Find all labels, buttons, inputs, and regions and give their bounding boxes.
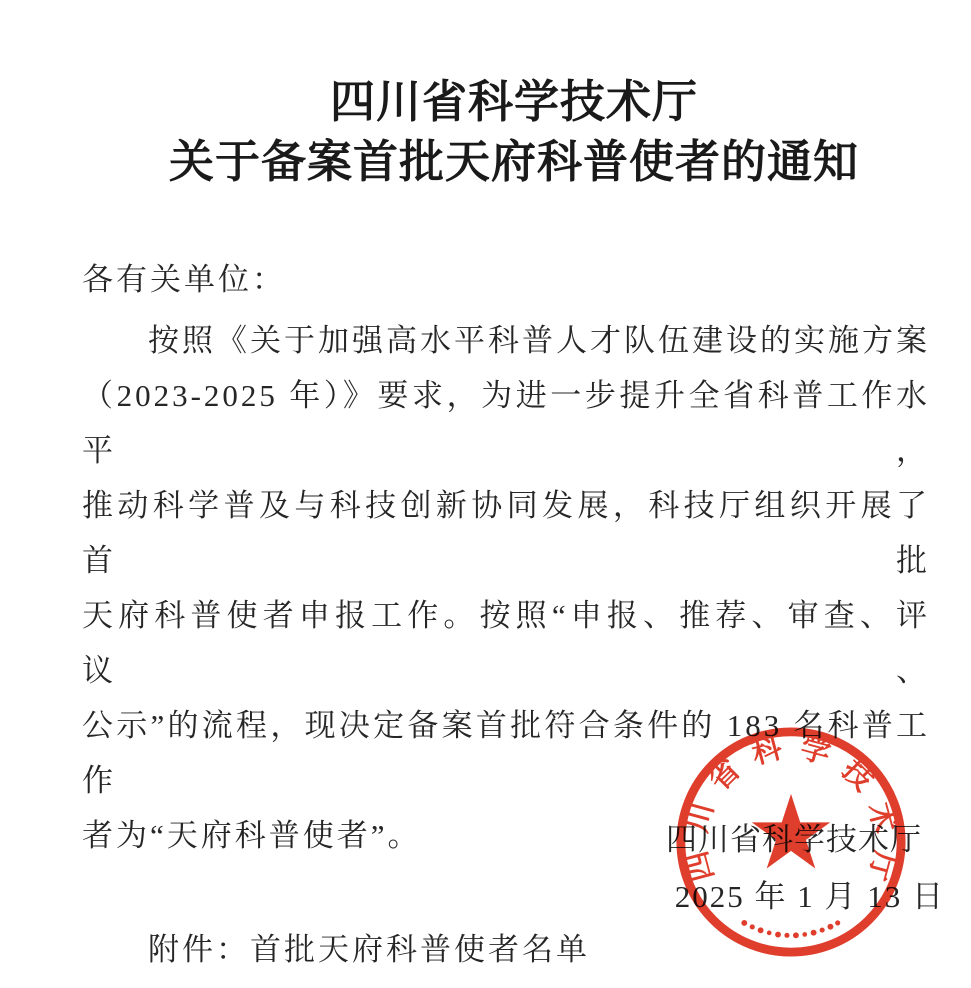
signature-date: 2025 年 1 月 13 日 bbox=[675, 869, 945, 924]
paragraph-line: 推动科学普及与科技创新协同发展，科技厅组织开展了首批 bbox=[82, 478, 930, 588]
title-line-2: 关于备案首批天府科普使者的通知 bbox=[57, 132, 971, 192]
paragraph-line: 天府科普使者申报工作。按照“申报、推荐、审查、评议、 bbox=[82, 588, 930, 698]
salutation: 各有关单位： bbox=[82, 252, 930, 307]
paragraph-line: 公示”的流程，现决定备案首批符合条件的 183 名科普工作 bbox=[82, 698, 930, 808]
title-line-1: 四川省科学技术厅 bbox=[57, 72, 971, 132]
attachment-line: 附件：首批天府科普使者名单 bbox=[82, 922, 930, 977]
notice-document: 四川省科学技术厅 关于备案首批天府科普使者的通知 各有关单位： 按照《关于加强高… bbox=[0, 0, 971, 988]
paragraph-line: （2023-2025 年）》要求，为进一步提升全省科普工作水平， bbox=[82, 368, 930, 478]
page-title: 四川省科学技术厅 关于备案首批天府科普使者的通知 bbox=[57, 72, 971, 192]
signature-org: 四川省科学技术厅 bbox=[666, 812, 922, 867]
body-paragraph: 按照《关于加强高水平科普人才队伍建设的实施方案 （2023-2025 年）》要求… bbox=[82, 313, 930, 863]
paragraph-line: 按照《关于加强高水平科普人才队伍建设的实施方案 bbox=[82, 313, 930, 368]
